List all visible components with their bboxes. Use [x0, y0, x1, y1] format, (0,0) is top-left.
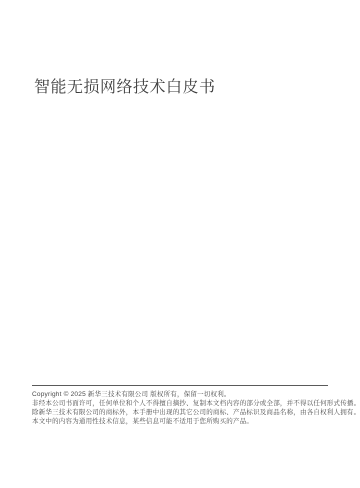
license-restriction-line: 非经本公司书面许可，任何单位和个人不得擅自摘抄、复制本文档内容的部分或全部，并不…	[32, 399, 328, 408]
footer-divider	[32, 385, 328, 386]
disclaimer-line: 本文中的内容为通用性技术信息，某些信息可能不适用于您所购买的产品。	[32, 417, 328, 426]
document-page: 智能无损网络技术白皮书 Copyright © 2025 新华三技术有限公司 版…	[0, 0, 360, 488]
trademark-line: 除新华三技术有限公司的商标外，本手册中出现的其它公司的商标、产品标识及商品名称，…	[32, 408, 328, 417]
page-title: 智能无损网络技术白皮书	[34, 78, 216, 97]
copyright-footer: Copyright © 2025 新华三技术有限公司 版权所有，保留一切权利。 …	[32, 385, 328, 426]
copyright-line: Copyright © 2025 新华三技术有限公司 版权所有，保留一切权利。	[32, 390, 328, 399]
